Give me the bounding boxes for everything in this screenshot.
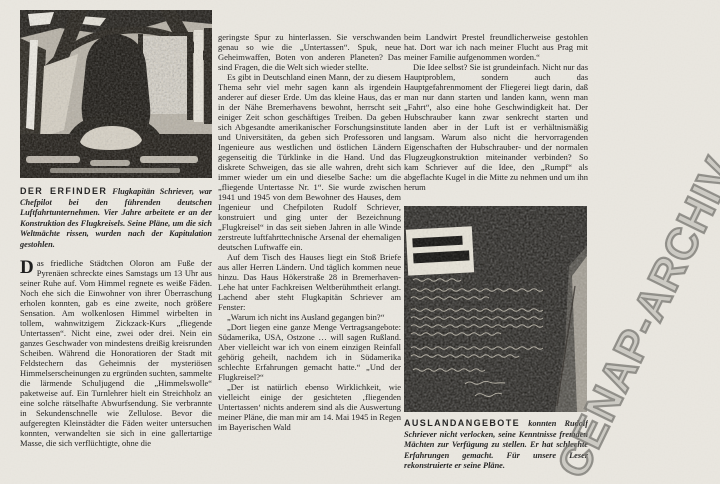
body-paragraph: Es gibt in Deutschland einen Mann, der z… [218,72,401,252]
dropcap: D [20,259,34,276]
handwritten-letter-photo [404,206,588,412]
body-paragraph: beim Landwirt Prestel freundlicherweise … [404,32,588,62]
paragraph-text: as friedliche Städtchen Oloron am Fuße d… [20,258,212,448]
body-paragraph: „Warum ich nicht ins Ausland gegangen bi… [218,312,401,322]
body-paragraph: Die Idee selbst? Sie ist grundeinfach. N… [404,62,588,192]
left-column: DER ERFINDER Flugkapitän Schriever, war … [20,10,212,448]
body-paragraph: geringste Spur zu hinterlassen. Sie vers… [218,32,401,72]
middle-column: geringste Spur zu hinterlassen. Sie vers… [218,32,401,484]
body-paragraph: „Dort liegen eine ganze Menge Vertragsan… [218,322,401,382]
offers-photo-caption: AUSLANDANGEBOTE konnten Rudolf Schriever… [404,418,588,472]
body-paragraph: „Der ist natürlich ebenso Wirklichkeit, … [218,382,401,432]
right-column: beim Landwirt Prestel freundlicherweise … [404,32,588,484]
inventor-cockpit-photo [20,10,212,178]
inventor-photo-caption: DER ERFINDER Flugkapitän Schriever, war … [20,186,212,251]
caption1-lead: DER ERFINDER [20,186,107,196]
column3-body: beim Landwirt Prestel freundlicherweise … [404,32,588,192]
body-paragraph: Das friedliche Städtchen Oloron am Fuße … [20,258,212,448]
column1-body: Das friedliche Städtchen Oloron am Fuße … [20,258,212,448]
body-paragraph: Auf dem Tisch des Hauses liegt ein Stoß … [218,252,401,312]
caption2-lead: AUSLANDANGEBOTE [404,418,520,428]
caption1-text: Flugkapitän Schriever, war Chefpilot bei… [20,187,212,249]
scanned-article-page: DER ERFINDER Flugkapitän Schriever, war … [0,0,720,484]
